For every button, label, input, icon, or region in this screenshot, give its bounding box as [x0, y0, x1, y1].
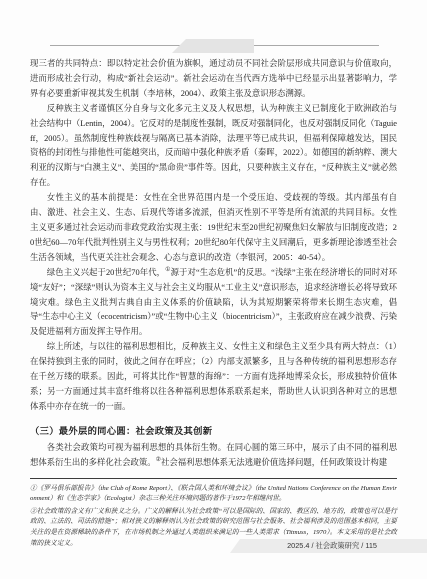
- paragraph-continuation: 现三者的共同特点：即以特定社会价值为旗帜，通过动员不同社会阶层形成共同意识与价值…: [30, 57, 397, 102]
- paragraph-anti-racism: 反种族主义者谨慎区分自身与文化多元主义及人权思想，认为种族主义已制度化于欧洲政治…: [30, 102, 397, 191]
- paragraph-feminism: 女性主义的基本前提是：女性在全世界范围内是一个受压迫、受歧视的等级。其内部虽有自…: [30, 191, 397, 266]
- page-footer: 2025.4 / 社会政策研究 / 115: [287, 541, 377, 551]
- paragraph-greenism: 绿色主义兴起于20世纪70年代，①源于对“生态危机”的反思。“浅绿”主张在经济增…: [30, 266, 397, 341]
- header-tab-shape: [172, 39, 254, 53]
- paragraph-social-policy: 各类社会政策均可视为福利思想的具体衍生物。在同心圆的第三环中，展示了由不同的福利…: [30, 441, 397, 471]
- document-page: 现三者的共同特点：即以特定社会价值为旗帜，通过动员不同社会阶层形成共同意识与价值…: [0, 0, 427, 579]
- footer-band: 2025.4 / 社会政策研究 / 115: [230, 539, 427, 553]
- section-heading: （三）最外层的同心圆：社会政策及其创新: [30, 423, 397, 437]
- footnote-1: ①《罗马俱乐部报告》（the Club of Rome Report）、《联合国…: [30, 484, 397, 505]
- footnote-divider: [30, 478, 397, 479]
- page-body: 现三者的共同特点：即以特定社会价值为旗帜，通过动员不同社会阶层形成共同意识与价值…: [30, 57, 397, 551]
- paragraph-summary: 综上所述，与以往的福利思想相比，反种族主义、女性主义和绿色主义至少具有两大特点：…: [30, 340, 397, 415]
